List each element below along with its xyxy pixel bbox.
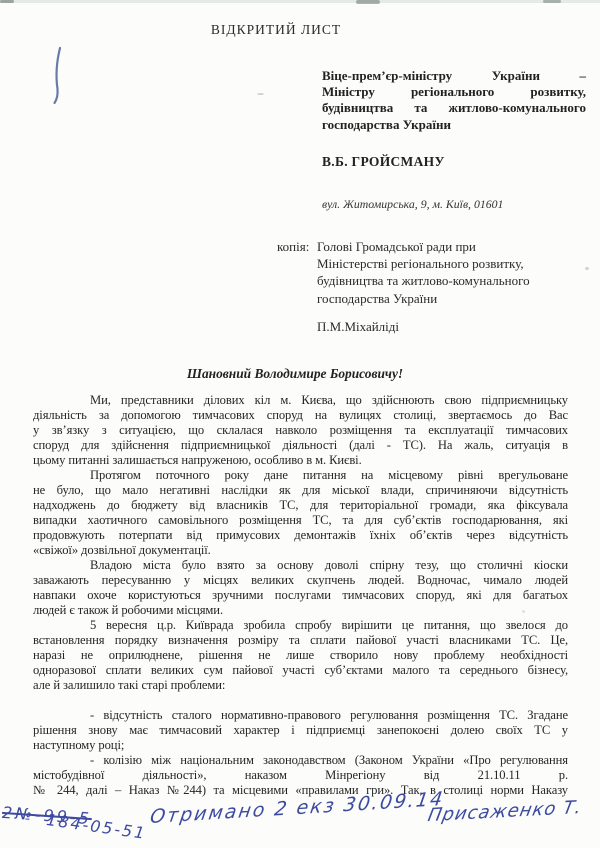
copy-line: будівництва та житлово-комунального xyxy=(317,272,562,289)
scan-speck xyxy=(257,93,264,95)
recipient-line: Віце-прем’єр-міністру України – xyxy=(322,68,586,84)
paragraph: Протягом поточного року дане питання на … xyxy=(33,468,568,558)
recipient-line: господарства України xyxy=(322,117,586,133)
paragraph-line: встановлення порядку визначення розміру … xyxy=(33,633,568,648)
paragraph-line: випадки хаотичного самовільного розміщен… xyxy=(33,513,568,528)
scan-artifact-top-edge xyxy=(0,0,600,3)
recipient-line: будівництва та житлово-комунального xyxy=(322,100,586,116)
recipient-line: Міністру регіонального розвитку, xyxy=(322,84,586,100)
paragraph-line: цьому питанні залишається напруженою, ос… xyxy=(33,453,568,468)
scan-smudge xyxy=(356,0,380,4)
paragraph-line: діяльність за допомогою тимчасових спору… xyxy=(33,408,568,423)
paragraph-line: наразі не оприлюднене, рішення не лише с… xyxy=(33,648,568,663)
paragraph-line: Ми, представники ділових кіл м. Києва, щ… xyxy=(33,393,568,408)
registration-number-handwriting: 184-05-51 xyxy=(45,810,147,843)
scan-smudge xyxy=(543,0,561,3)
copy-recipient-name: П.М.Міхайліді xyxy=(317,318,562,335)
paragraph-line: «свіжої» дозвільної документації. xyxy=(33,543,568,558)
paragraph-line: навпаки охоче користуються зручними посл… xyxy=(33,588,568,603)
paragraph-line: 5 вересня ц.р. Київрада зробила спробу в… xyxy=(33,618,568,633)
paragraph-line: - відсутність сталого нормативно-правово… xyxy=(33,708,568,723)
copy-block: копія: Голові Громадської ради при Мініс… xyxy=(277,238,562,335)
copy-line: Голові Громадської ради при xyxy=(317,238,562,255)
paragraph-line: наступному році; xyxy=(33,738,568,753)
paragraph-line: але й залишило такі старі проблеми: xyxy=(33,678,568,693)
scanned-letter-page: ВІДКРИТИЙ ЛИСТ Віце-прем’єр-міністру Укр… xyxy=(0,0,600,848)
paragraph-bullet: - колізію між національним законодавство… xyxy=(33,753,568,798)
paragraph-line: - колізію між національним законодавство… xyxy=(33,753,568,768)
recipient-block: Віце-прем’єр-міністру України – Міністру… xyxy=(322,68,586,212)
recipient-address: вул. Житомирська, 9, м. Київ, 01601 xyxy=(322,197,586,212)
scan-smudge xyxy=(0,0,14,3)
paragraph-line: містобудівної діяльності», наказом Мінре… xyxy=(33,768,568,783)
paragraph-line: Протягом поточного року дане питання на … xyxy=(33,468,568,483)
copy-label: копія: xyxy=(277,238,317,307)
salutation: Шановний Володимире Борисовичу! xyxy=(0,366,590,382)
paragraph: Ми, представники ділових кіл м. Києва, щ… xyxy=(33,393,568,468)
letter-body: Ми, представники ділових кіл м. Києва, щ… xyxy=(33,393,568,798)
paragraph-line: надходжень до бюджету від власників ТС, … xyxy=(33,498,568,513)
paragraph-line: рішення знову має тимчасовий характер і … xyxy=(33,723,568,738)
signature-handwriting: Присаженко Т. xyxy=(426,797,584,826)
paragraph-line: продовжують потерпати від примусових дем… xyxy=(33,528,568,543)
letter-title: ВІДКРИТИЙ ЛИСТ xyxy=(0,22,552,38)
paragraph: Владою міста було взято за основу доволі… xyxy=(33,558,568,618)
paragraph-line: у зв’язку з ситуацією, що склалася навко… xyxy=(33,423,568,438)
paragraph-line: не було, що мало негативні наслідки як д… xyxy=(33,483,568,498)
pen-stroke-mark xyxy=(50,45,66,110)
paragraph-line: заважають пересуванню у місцях великих с… xyxy=(33,573,568,588)
paragraph-line: споруд для здійснення підприємницької ді… xyxy=(33,438,568,453)
paragraph-gap xyxy=(33,693,568,708)
scan-speck xyxy=(585,267,589,270)
paragraph-line: людей є також й робочими місцями. xyxy=(33,603,568,618)
recipient-name: В.Б. ГРОЙСМАНУ xyxy=(322,154,586,170)
paragraph-line: Владою міста було взято за основу доволі… xyxy=(33,558,568,573)
copy-line: господарства України xyxy=(317,290,562,307)
paragraph-bullet: - відсутність сталого нормативно-правово… xyxy=(33,708,568,753)
copy-line: Міністерстві регіонального розвитку, xyxy=(317,255,562,272)
paragraph: 5 вересня ц.р. Київрада зробила спробу в… xyxy=(33,618,568,693)
paragraph-line: одноразової сплати великих сум пайової у… xyxy=(33,663,568,678)
